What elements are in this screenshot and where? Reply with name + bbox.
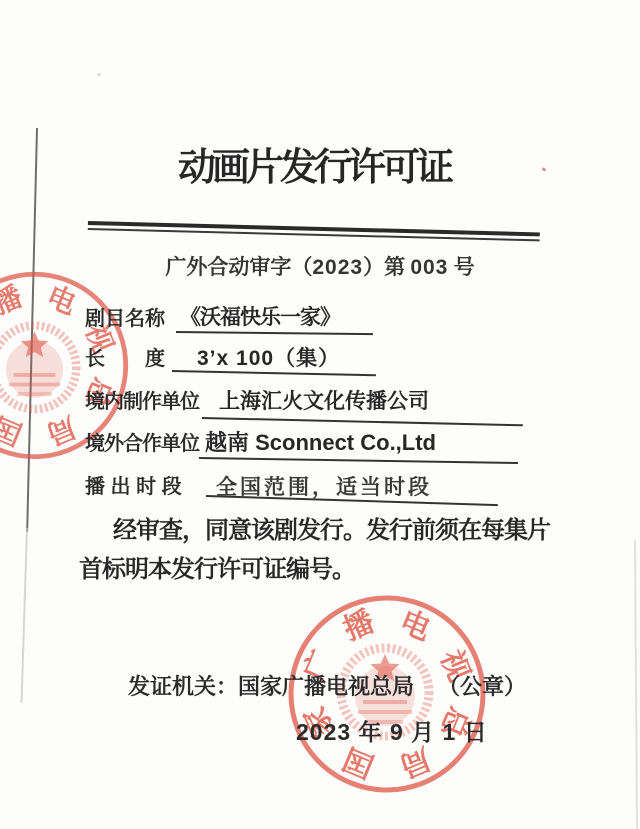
issue-date: 2023 年 9 月 1 日 (296, 714, 488, 747)
scan-edge-line-right (634, 540, 638, 829)
scan-edge-line-faint (21, 528, 28, 703)
doc-number-prefix: 广外合动审字（ (165, 255, 312, 279)
doc-number-mid: ）第 (363, 255, 410, 279)
doc-number-suffix: 号 (448, 255, 474, 279)
approval-statement: 经审查，同意该剧发行。发行前须在每集片 首标明本发行许可证编号。 (79, 511, 559, 589)
seal-char: 播 (339, 605, 379, 647)
field-underline (202, 417, 523, 426)
field-value-length: 3’x 100（集） (197, 342, 340, 372)
issuer-label: 发证机关： (128, 674, 238, 699)
field-label-foreign-partner: 境外合作单位 (85, 427, 199, 456)
field-underline (176, 331, 373, 335)
seal-note: （公章） (438, 674, 526, 699)
field-label-domestic-producer: 境内制作单位 (85, 385, 199, 414)
seal-char: 国 (339, 741, 379, 783)
issuer-name: 国家广播电视总局 (238, 674, 414, 699)
doc-number-serial: 003 (410, 256, 448, 279)
doc-number-year: 2023 (312, 256, 363, 279)
field-underline (199, 457, 518, 464)
field-label-program-name: 剧目名称 (85, 302, 165, 331)
gray-speck (97, 73, 101, 76)
seal-char: 局 (42, 410, 80, 450)
document-number: 广外合动审字（2023）第 003 号 (0, 251, 640, 281)
seal-char: 国 (0, 410, 27, 450)
seal-char: 电 (395, 605, 435, 647)
field-value-domestic-producer: 上海汇火文化传播公司 (219, 385, 429, 415)
divider-double-line (88, 221, 540, 241)
field-value-foreign-partner: 越南 Sconnect Co.,Ltd (205, 426, 436, 457)
field-label-broadcast-period: 播 出 时 段 (85, 470, 182, 499)
document-title: 动画片发行许可证 (0, 136, 628, 191)
statement-line-1: 经审查，同意该剧发行。发行前须在每集片 (79, 511, 559, 550)
issuer-line: 发证机关：国家广播电视总局（公章） (128, 670, 526, 701)
seal-char: 局 (395, 741, 435, 783)
seal-char: 播 (0, 281, 28, 322)
field-label-length: 长 度 (85, 342, 165, 371)
seal-char: 电 (42, 281, 81, 322)
license-document: 国 家 广 播 电 视 总 局 动画片发行许可证 广外合动审字（2023）第 0… (0, 0, 640, 829)
field-value-program-name: 《沃福快乐一家》 (180, 301, 340, 331)
